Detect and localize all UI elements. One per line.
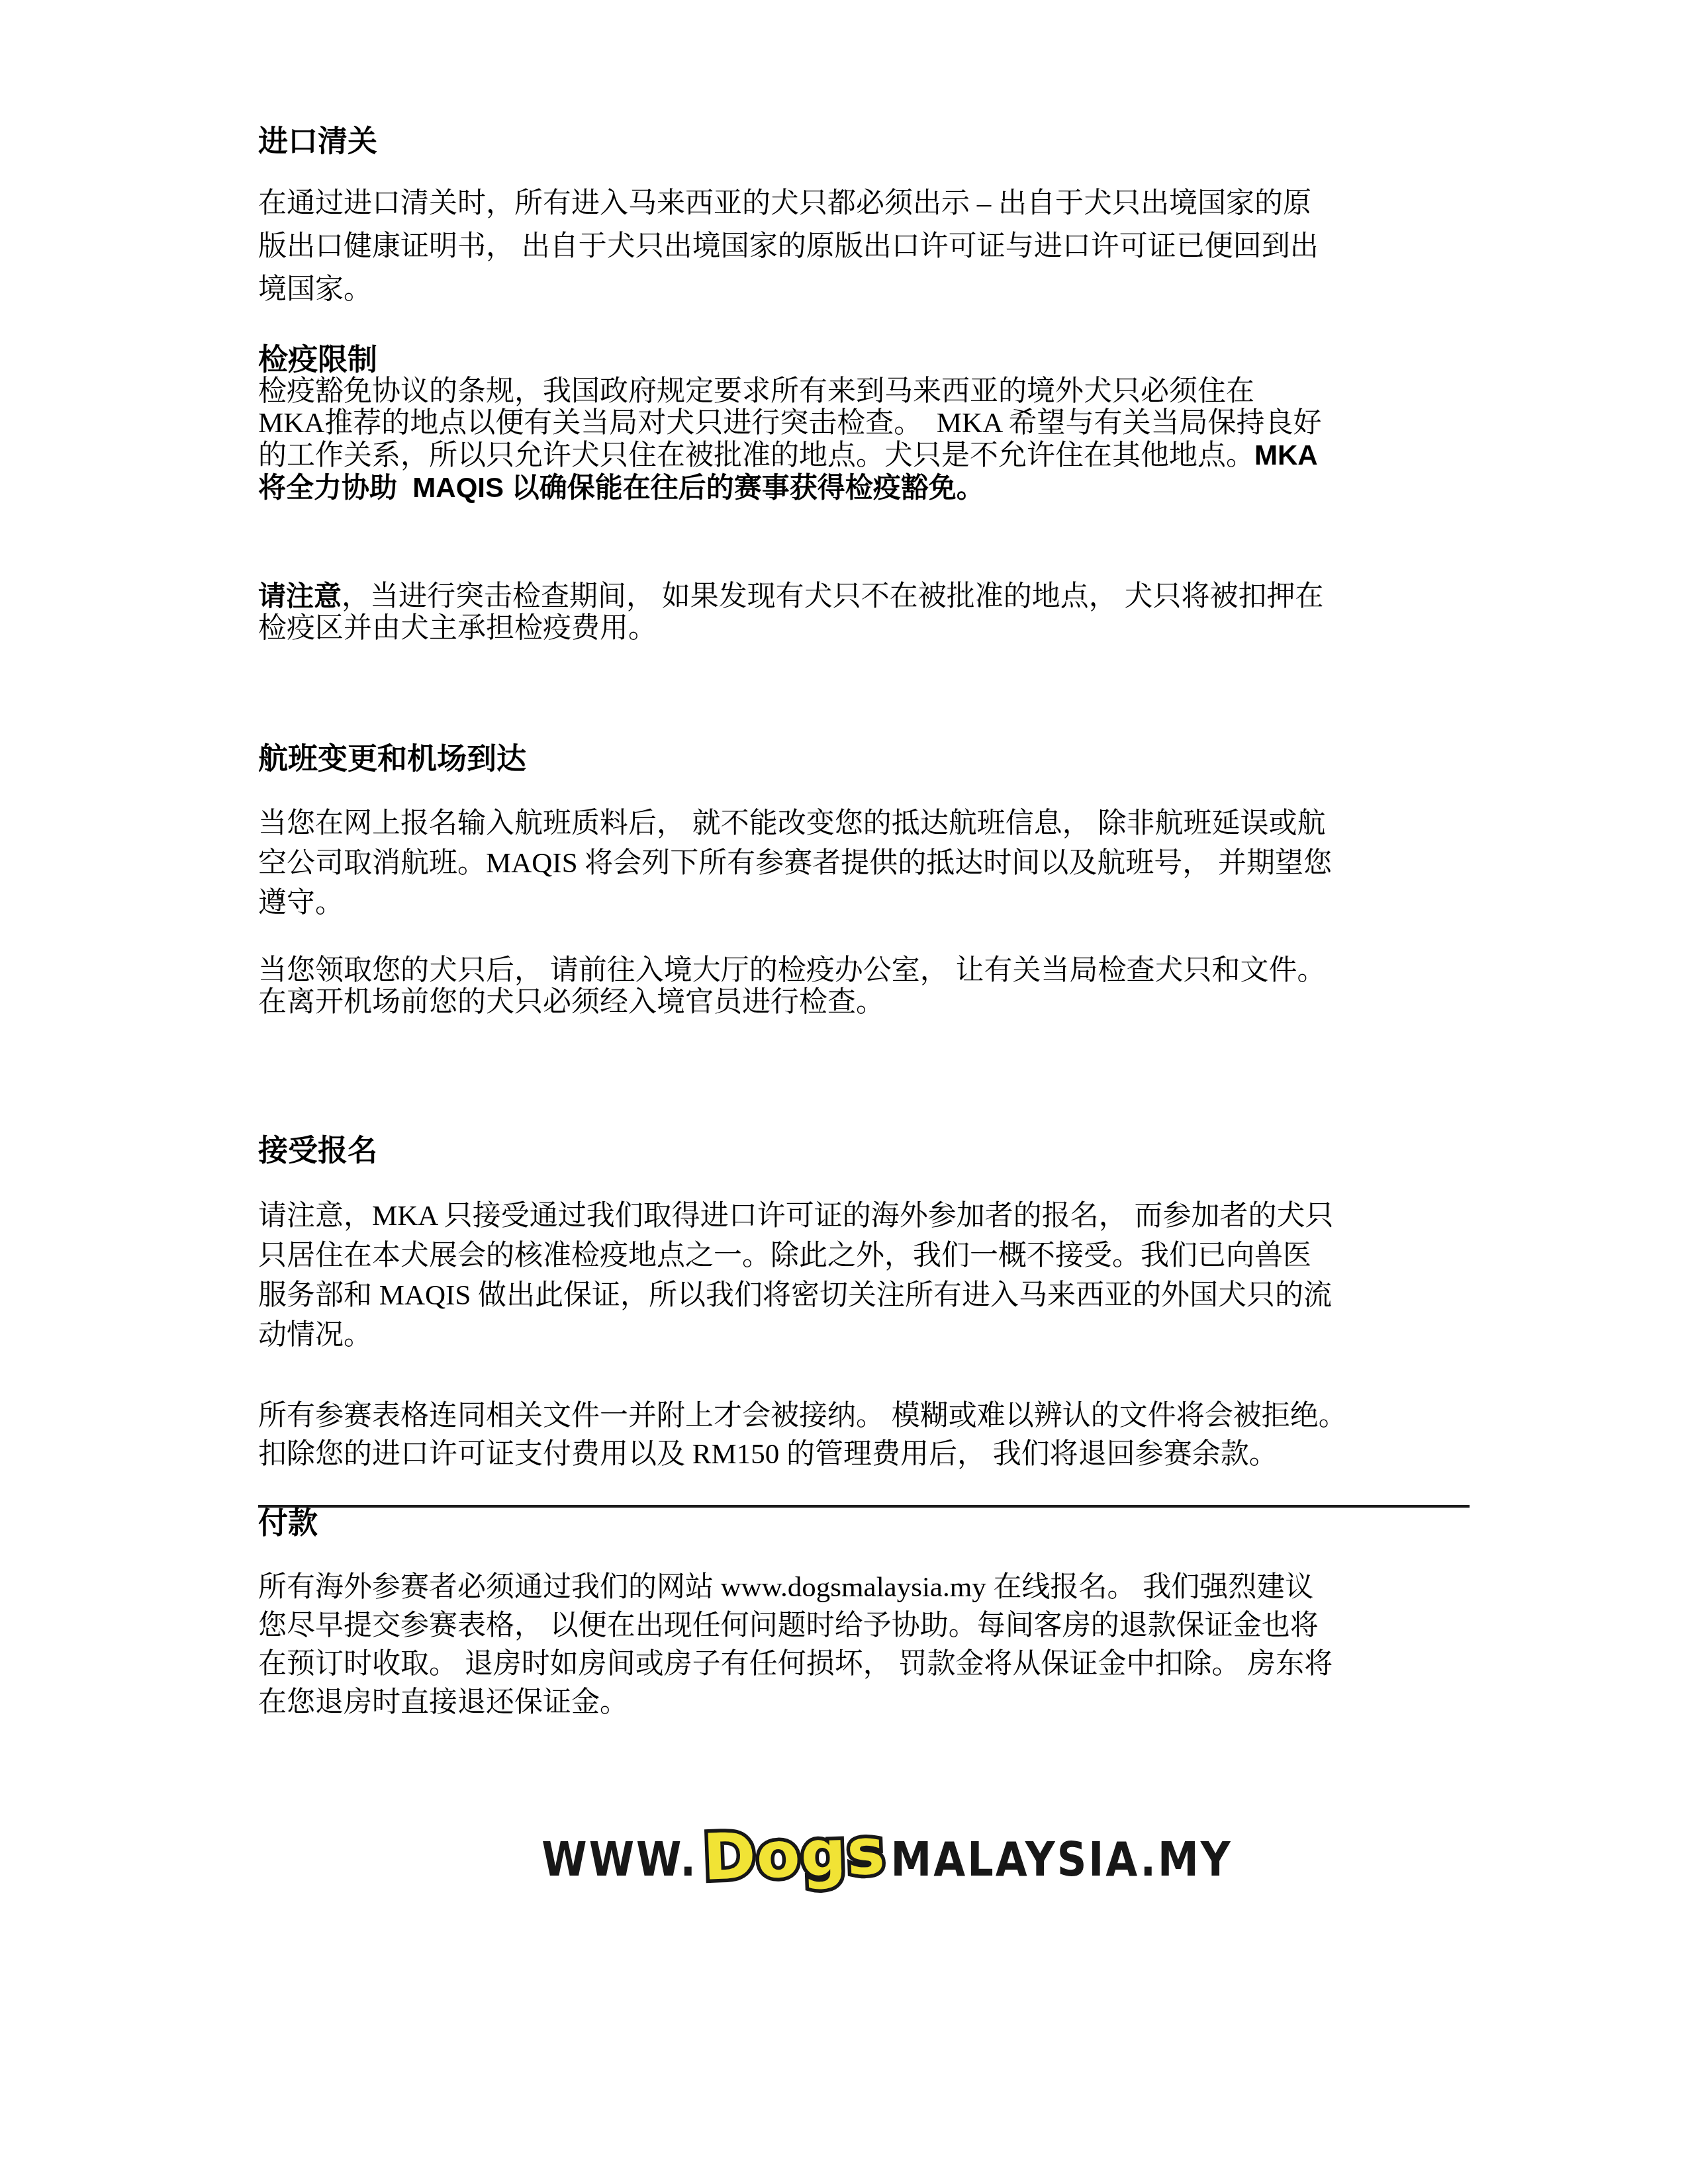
paragraph-registration-1: 请注意，MKA 只接受通过我们取得进口许可证的海外参加者的报名， 而参加者的犬只…	[258, 1197, 1470, 1355]
paragraph-payment: 所有海外参赛者必须通过我们的网站 www.dogsmalaysia.my 在线报…	[258, 1569, 1470, 1722]
paragraph-notice: 请注意，当进行突击检查期间， 如果发现有犬只不在被批准的地点， 犬只将被扣押在 …	[258, 580, 1470, 645]
logo-dogs-text: Dogs	[702, 1814, 886, 1895]
heading-payment: 付款	[258, 1508, 1470, 1539]
paragraph-flight-changes-2: 当您领取您的犬只后， 请前往入境大厅的检疫办公室， 让有关当局检查犬只和文件。 …	[258, 955, 1470, 1019]
notice-lead-bold: 请注意	[258, 580, 342, 612]
paragraph-flight-changes-1: 当您在网上报名输入航班质料后， 就不能改变您的抵达航班信息， 除非航班延误或航 …	[258, 804, 1470, 923]
heading-registration: 接受报名	[258, 1135, 1470, 1167]
document-page: 进口清关 在通过进口清关时，所有进入马来西亚的犬只都必须出示 – 出自于犬只出境…	[0, 0, 1688, 2184]
heading-import-clearance: 进口清关	[258, 126, 1470, 158]
heading-flight-changes: 航班变更和机场到达	[258, 743, 1470, 775]
paragraph-import-clearance: 在通过进口清关时，所有进入马来西亚的犬只都必须出示 – 出自于犬只出境国家的原 …	[258, 182, 1470, 311]
heading-quarantine-restriction: 检疫限制	[258, 344, 1470, 376]
logo-www-text: WWW.	[541, 1832, 698, 1888]
quarantine-regular-text: 检疫豁免协议的条规，我国政府规定要求所有来到马来西亚的境外犬只必须住在 MKA推…	[258, 376, 1322, 471]
dogsmalaysia-logo: WWW.DogsMALAYSIA.MY	[281, 1815, 1493, 1889]
paragraph-registration-2: 所有参赛表格连同相关文件一并附上才会被接纳。 模糊或难以辨认的文件将会被拒绝。 …	[258, 1397, 1470, 1474]
logo-malaysia-text: MALAYSIA.MY	[891, 1832, 1233, 1888]
notice-body-text: ，当进行突击检查期间， 如果发现有犬只不在被批准的地点， 犬只将被扣押在 检疫区…	[258, 581, 1324, 644]
paragraph-quarantine-restriction: 检疫豁免协议的条规，我国政府规定要求所有来到马来西亚的境外犬只必须住在 MKA推…	[258, 376, 1470, 504]
